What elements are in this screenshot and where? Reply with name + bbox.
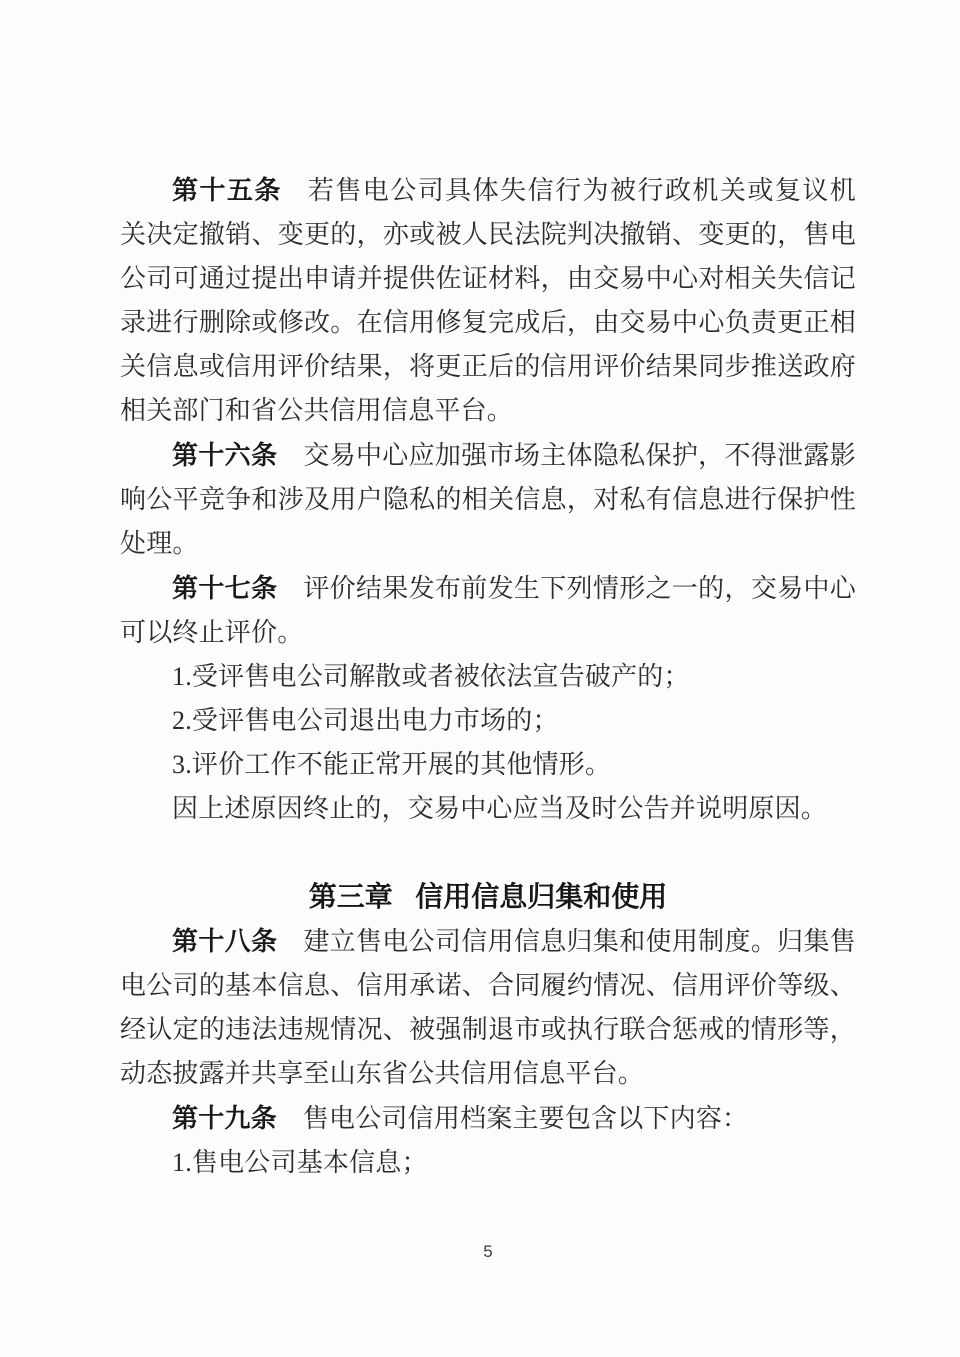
line-text: 评价结果发布前发生下列情形之一的，交易中心	[303, 574, 856, 603]
text-line: 公司可通过提出申请并提供佐证材料，由交易中心对相关失信记	[120, 257, 856, 301]
page-number: 5	[120, 1239, 856, 1265]
document-body: 第十五条若售电公司具体失信行为被行政机关或复议机 关决定撤销、变更的，亦或被人民…	[0, 0, 960, 1265]
text-line: 因上述原因终止的，交易中心应当及时公告并说明原因。	[120, 787, 856, 831]
text-line: 处理。	[120, 522, 856, 566]
line-text: 若售电公司具体失信行为被行政机关或复议机	[308, 176, 856, 205]
text-line: 经认定的违法违规情况、被强制退市或执行联合惩戒的情形等，	[120, 1008, 856, 1052]
text-line: 电公司的基本信息、信用承诺、合同履约情况、信用评价等级、	[120, 964, 856, 1008]
text-line: 关决定撤销、变更的，亦或被人民法院判决撤销、变更的，售电	[120, 213, 856, 257]
text-line: 响公平竞争和涉及用户隐私的相关信息，对私有信息进行保护性	[120, 478, 856, 522]
list-item: 2.受评售电公司退出电力市场的；	[120, 699, 856, 743]
document-page: 第十五条若售电公司具体失信行为被行政机关或复议机 关决定撤销、变更的，亦或被人民…	[0, 0, 960, 1357]
text-line: 第十九条售电公司信用档案主要包含以下内容：	[120, 1096, 856, 1141]
article-number: 第十五条	[172, 175, 282, 205]
line-text: 公司可通过提出申请并提供佐证材料，由交易中心对相关失信记	[120, 264, 856, 293]
list-item: 1.受评售电公司解散或者被依法宣告破产的；	[120, 655, 856, 699]
article-number: 第十七条	[172, 573, 277, 603]
line-text: 可以终止评价。	[120, 618, 303, 647]
text-line: 可以终止评价。	[120, 611, 856, 655]
line-text: 处理。	[120, 529, 199, 558]
line-text: 经认定的违法违规情况、被强制退市或执行联合惩戒的情形等，	[120, 1015, 856, 1044]
line-text: 动态披露并共享至山东省公共信用信息平台。	[120, 1059, 644, 1088]
chapter-number: 第三章	[309, 881, 393, 912]
text-line: 动态披露并共享至山东省公共信用信息平台。	[120, 1052, 856, 1096]
text-line: 录进行删除或修改。在信用修复完成后，由交易中心负责更正相	[120, 301, 856, 345]
line-text: 1.受评售电公司解散或者被依法宣告破产的；	[172, 662, 690, 691]
text-line: 第十五条若售电公司具体失信行为被行政机关或复议机	[120, 168, 856, 213]
chapter-heading: 第三章信用信息归集和使用	[120, 875, 856, 919]
text-line: 关信息或信用评价结果，将更正后的信用评价结果同步推送政府	[120, 345, 856, 389]
line-text: 关决定撤销、变更的，亦或被人民法院判决撤销、变更的，售电	[120, 220, 856, 249]
text-line: 第十八条建立售电公司信用信息归集和使用制度。归集售	[120, 919, 856, 964]
line-text: 关信息或信用评价结果，将更正后的信用评价结果同步推送政府	[120, 352, 856, 381]
list-item: 1.售电公司基本信息；	[120, 1141, 856, 1185]
text-line: 相关部门和省公共信用信息平台。	[120, 389, 856, 433]
line-text: 交易中心应加强市场主体隐私保护，不得泄露影	[303, 441, 856, 470]
line-text: 3.评价工作不能正常开展的其他情形。	[172, 750, 611, 779]
chapter-title: 信用信息归集和使用	[415, 881, 667, 912]
line-text: 2.受评售电公司退出电力市场的；	[172, 706, 559, 735]
line-text: 录进行删除或修改。在信用修复完成后，由交易中心负责更正相	[120, 308, 856, 337]
line-text: 因上述原因终止的，交易中心应当及时公告并说明原因。	[172, 794, 827, 823]
line-text: 售电公司信用档案主要包含以下内容：	[303, 1104, 748, 1133]
line-text: 1.售电公司基本信息；	[172, 1148, 428, 1177]
article-number: 第十九条	[172, 1103, 277, 1133]
line-text: 响公平竞争和涉及用户隐私的相关信息，对私有信息进行保护性	[120, 485, 856, 514]
text-line: 第十六条交易中心应加强市场主体隐私保护，不得泄露影	[120, 433, 856, 478]
text-line: 第十七条评价结果发布前发生下列情形之一的，交易中心	[120, 566, 856, 611]
line-text: 建立售电公司信用信息归集和使用制度。归集售	[303, 927, 856, 956]
line-text: 相关部门和省公共信用信息平台。	[120, 396, 513, 425]
list-item: 3.评价工作不能正常开展的其他情形。	[120, 743, 856, 787]
article-number: 第十八条	[172, 926, 277, 956]
article-number: 第十六条	[172, 440, 277, 470]
line-text: 电公司的基本信息、信用承诺、合同履约情况、信用评价等级、	[120, 971, 856, 1000]
